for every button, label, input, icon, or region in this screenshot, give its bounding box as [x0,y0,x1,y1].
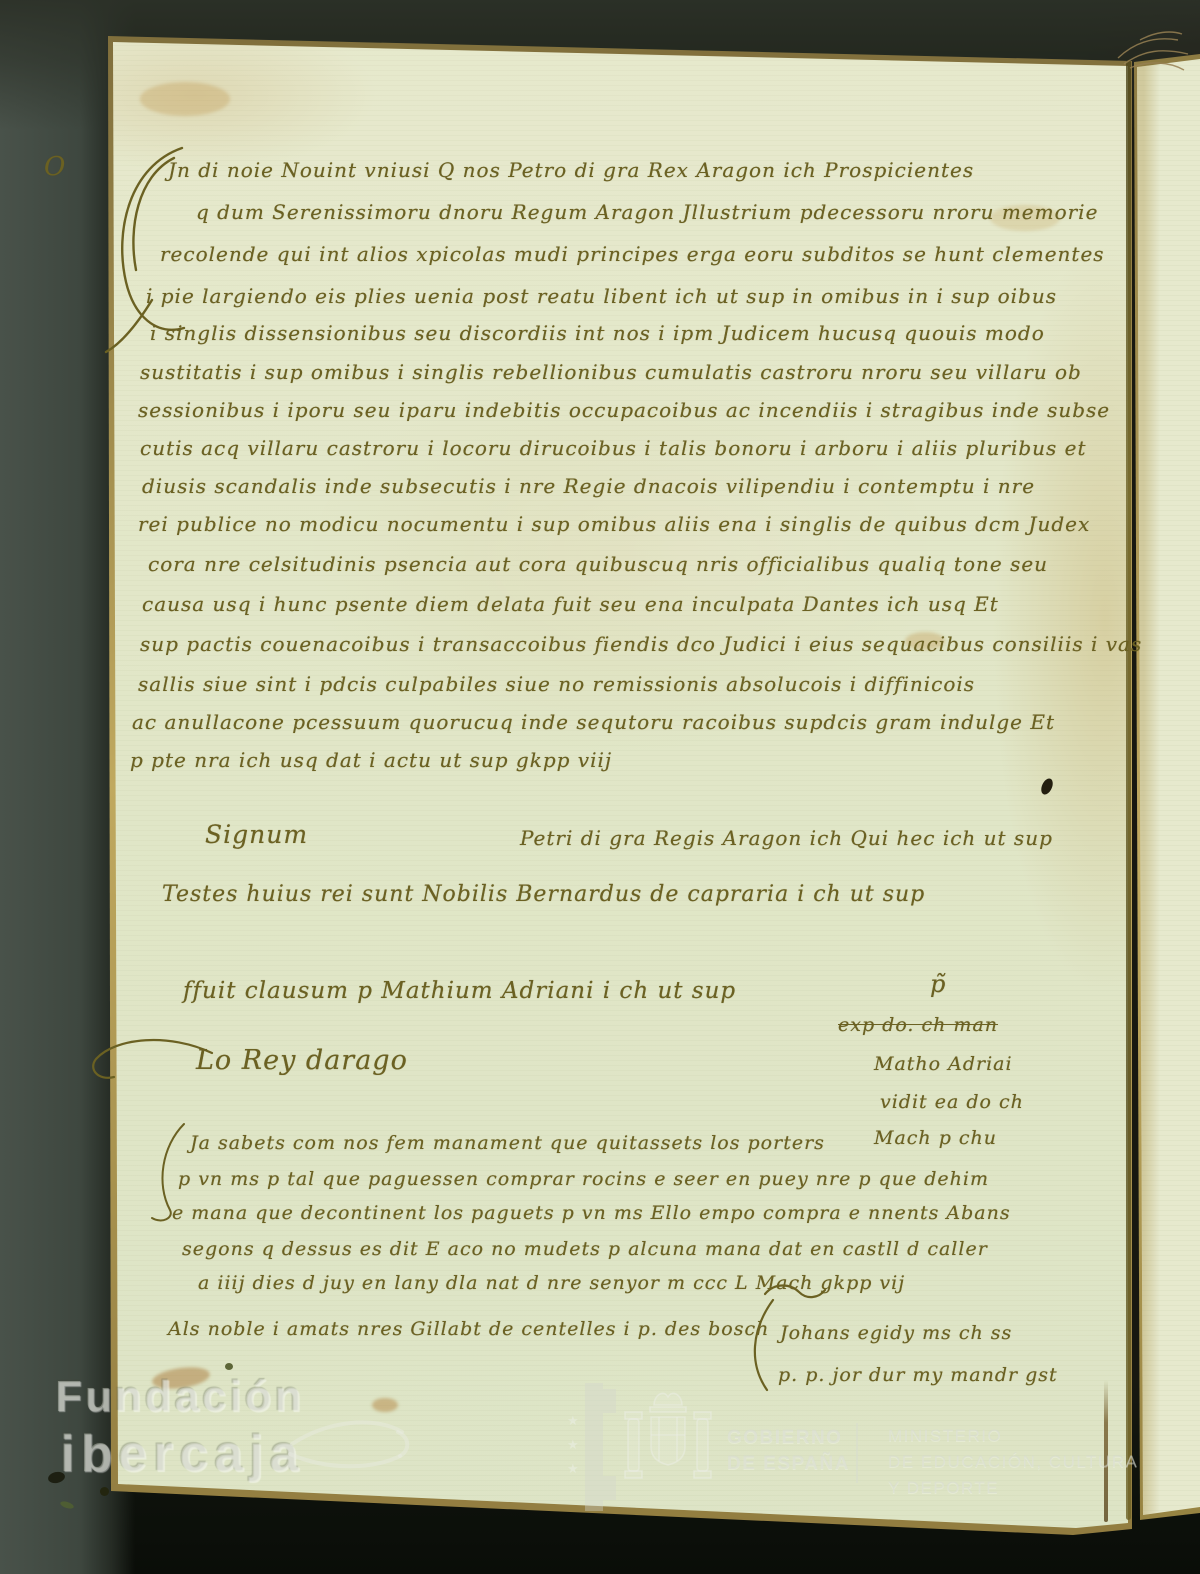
gobierno-line2: DE ESPAÑA [727,1451,850,1477]
text-line: diusis scandalis inde subsecutis i nre R… [142,474,1035,498]
clausum-line: ffuit clausum p Mathium Adriani i ch ut … [183,978,736,1004]
chancery-note: Matho Adriai [874,1053,1013,1075]
letter-line: Ja sabets com nos fem manament que quita… [190,1132,825,1154]
text-line: p pte nra ich usq dat i actu ut sup gkpp… [130,748,612,772]
stain [140,82,230,116]
text-line: Jn di noie Nouint vniusi Q nos Petro di … [168,158,974,182]
chancery-symbol: p̃ [930,970,946,998]
text-line: sessionibus i iporu seu iparu indebitis … [138,398,1110,422]
text-line: sallis siue sint i pdcis culpabiles siue… [138,672,975,696]
chancery-note: Mach p chu [874,1127,997,1149]
signum-royal-subscription: Petri di gra Regis Aragon ich Qui hec ic… [520,826,1053,850]
gobierno-watermark: GOBIERNO DE ESPAÑA [727,1425,850,1477]
ibercaja-swoosh-logo [280,1408,420,1478]
text-line: rei publice no modicu nocumentu i sup om… [138,512,1090,536]
eu-star-icon: ★ [567,1414,579,1429]
ministerio-watermark: MINISTERIO DE EDUCACIÓN, CULTURA Y DEPOR… [888,1423,1138,1501]
watermark-divider [856,1423,858,1483]
closing-line: p. p. jor dur my mandr gst [778,1364,1058,1386]
fly-speck [100,1487,109,1496]
letter-line: segons q dessus es dit E aco no mudets p… [182,1238,988,1260]
ministerio-line2: DE EDUCACIÓN, CULTURA [888,1449,1138,1475]
text-line: causa usq i hunc psente diem delata fuit… [142,592,999,616]
text-line: cutis acq villaru castroru i locoru diru… [140,436,1087,460]
margin-mark: O [44,152,66,182]
eu-ribbon-notch [603,1476,616,1500]
ibercaja-watermark-line1: Fundación [55,1372,304,1422]
letter-heading: Lo Rey darago [196,1045,408,1076]
text-line: i singlis dissensionibus seu discordiis … [150,321,1045,345]
text-line: sup pactis couenacoibus i transaccoibus … [140,632,1142,656]
letter-line: p vn ms p tal que paguessen comprar roci… [178,1168,989,1190]
eu-star-icon: ★ [567,1438,579,1453]
fly-speck [225,1363,233,1370]
ibercaja-watermark-line2: ibercaja [60,1424,305,1484]
text-line: recolende qui int alios xpicolas mudi pr… [160,242,1105,266]
ministerio-line3: Y DEPORTE [888,1475,1138,1501]
chancery-note: vidit ea do ch [880,1091,1024,1113]
signum-word: Signum [205,820,308,849]
closing-line: Johans egidy ms ch ss [780,1322,1012,1344]
chancery-note: exp do. ch man [838,1014,998,1036]
text-line: sustitatis i sup omibus i singlis rebell… [140,360,1082,384]
eu-ribbon-watermark [585,1383,603,1511]
text-line: cora nre celsitudinis psencia aut cora q… [148,552,1048,576]
testes-line: Testes huius rei sunt Nobilis Bernardus … [162,882,925,907]
text-line: i pie largiendo eis plies uenia post rea… [146,284,1057,308]
letter-line: e mana que decontinent los paguets p vn … [172,1202,1011,1224]
text-line: ac anullacone pcessuum quorucuq inde seq… [132,710,1055,734]
gobierno-line1: GOBIERNO [727,1425,850,1451]
manuscript-scan-photo: { "document": { "margin_mark": "O", "mai… [0,0,1200,1574]
eu-ribbon-notch [603,1389,616,1413]
eu-star-icon: ★ [567,1462,579,1477]
spain-coat-of-arms-watermark [618,1385,718,1510]
fly-speck [59,1500,74,1510]
book-gutter-fold [1126,60,1131,1520]
address-line: Als noble i amats nres Gillabt de centel… [168,1318,769,1340]
text-line: q dum Serenissimoru dnoru Regum Aragon J… [196,200,1098,224]
binding-thread-fiber [1100,20,1200,90]
ministerio-line1: MINISTERIO [888,1423,1138,1449]
